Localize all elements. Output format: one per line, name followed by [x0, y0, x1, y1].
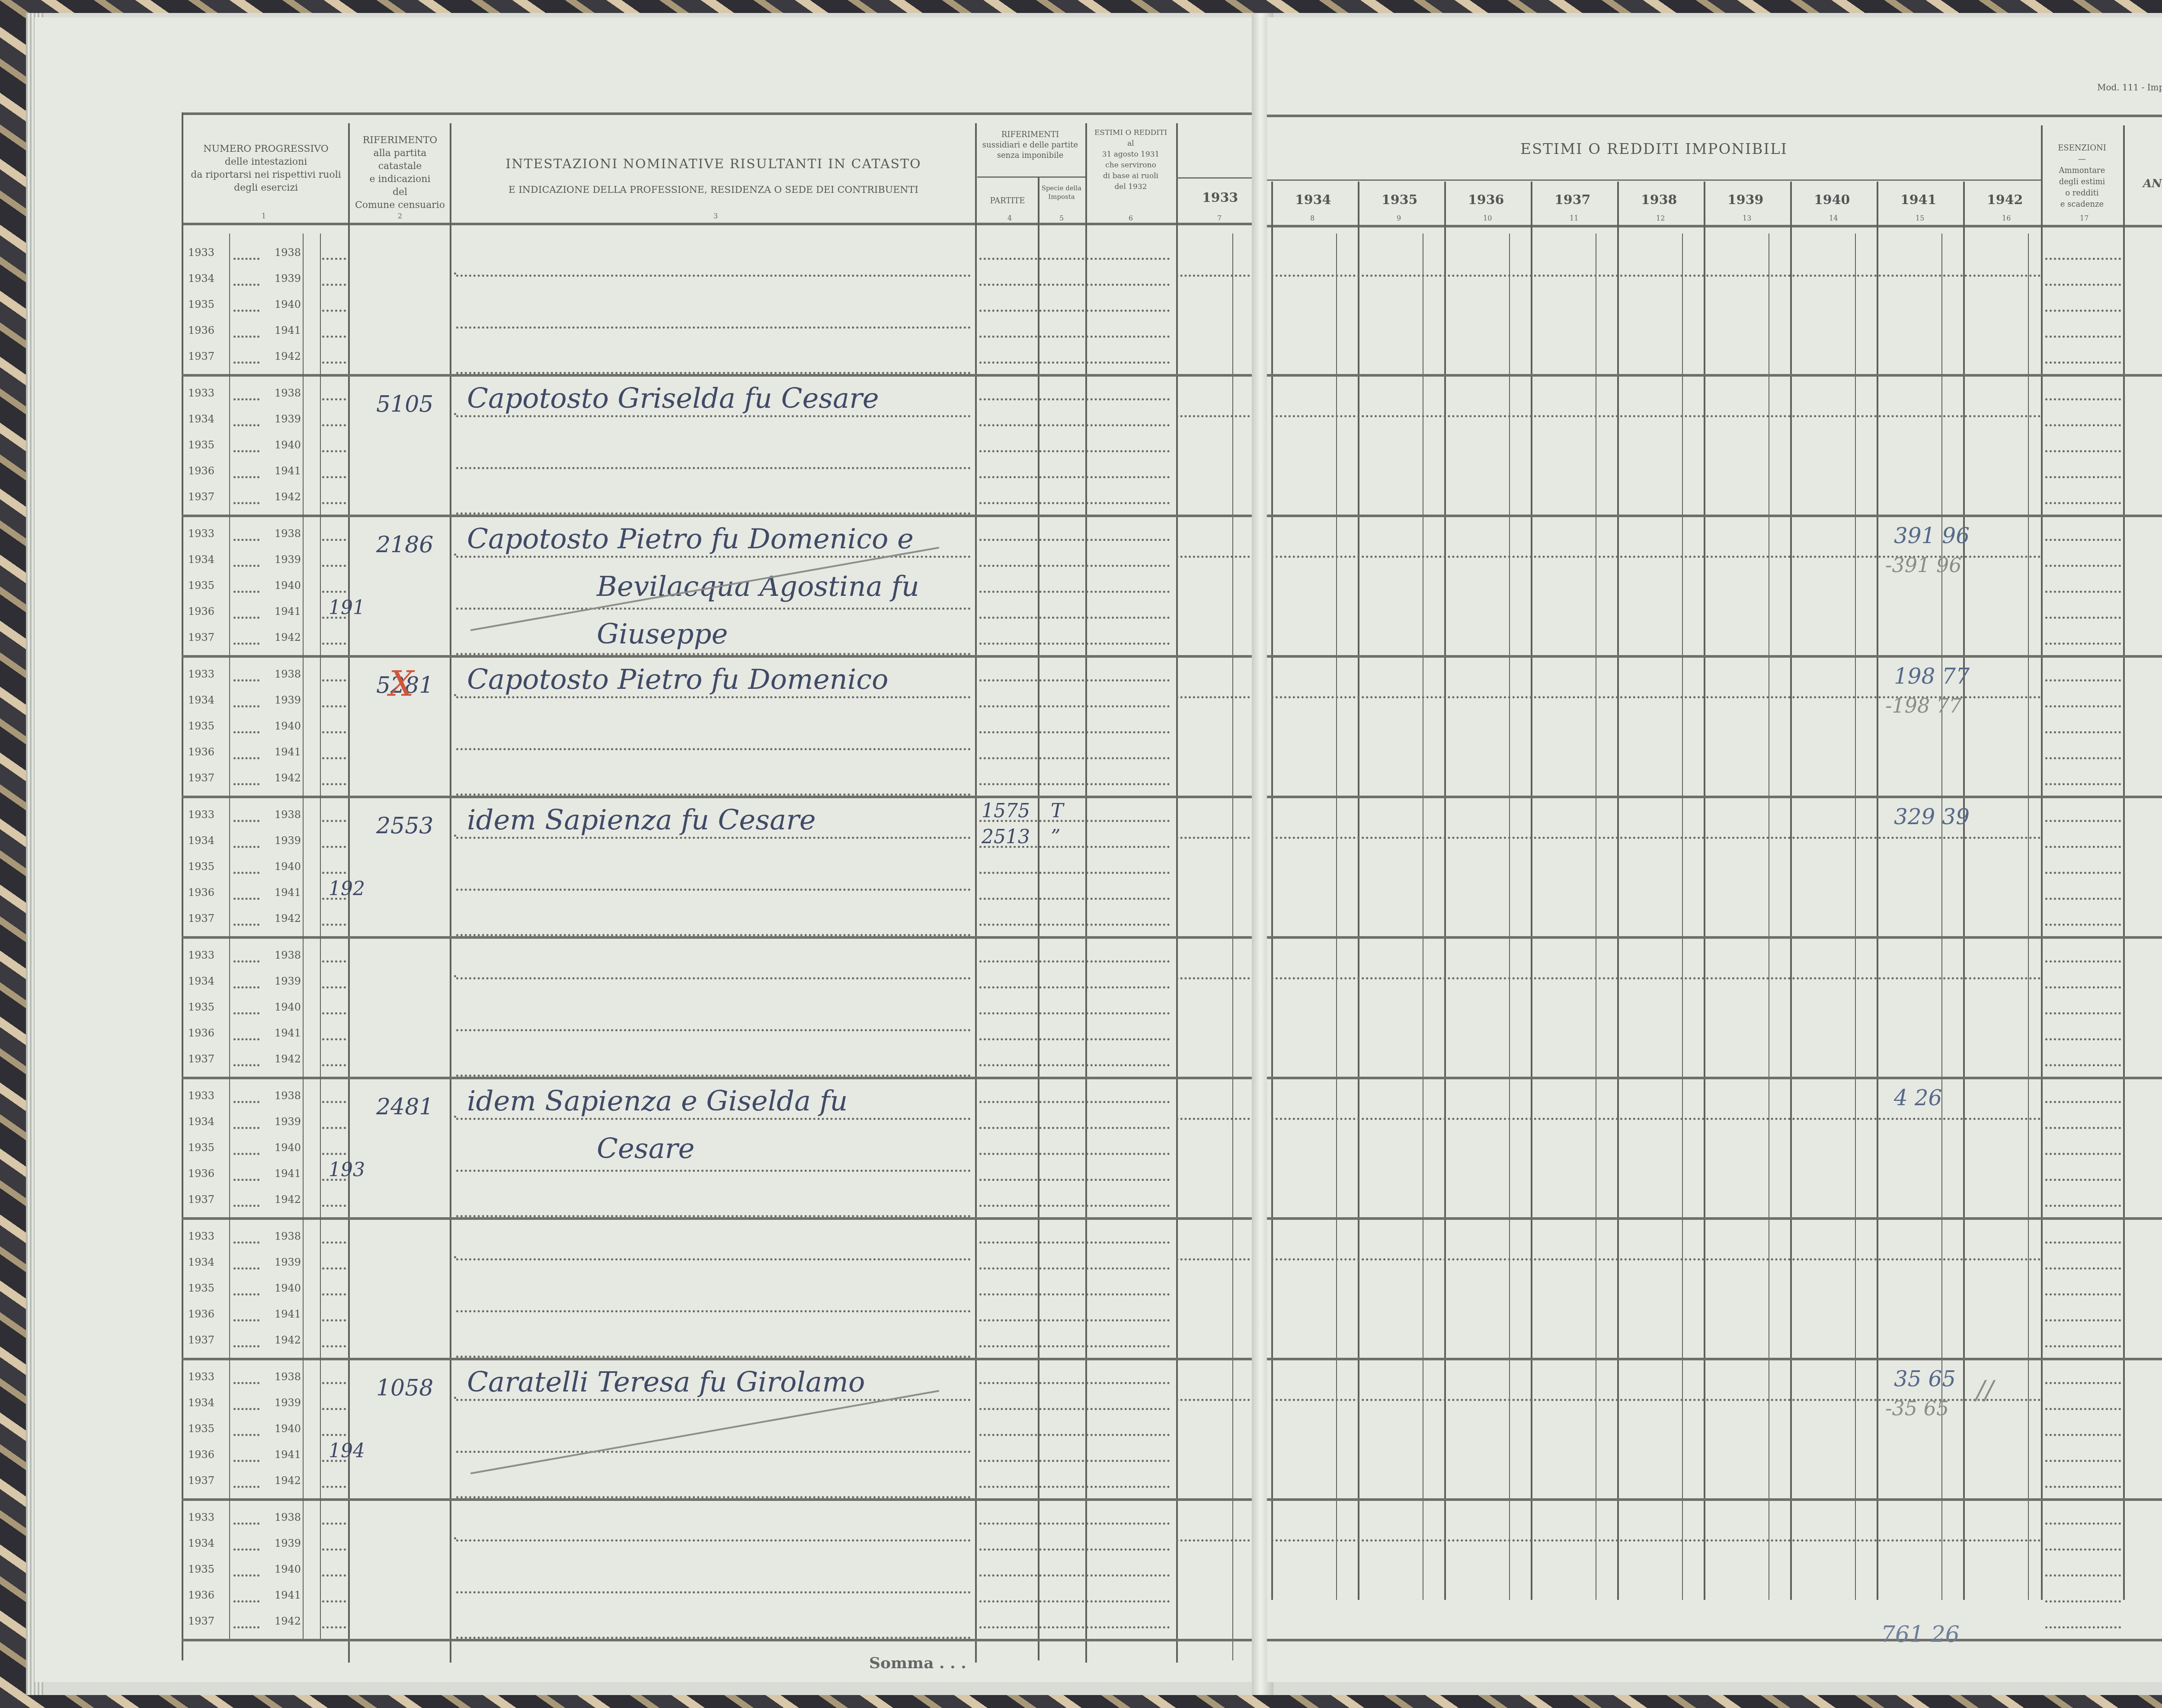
dotted-rule — [1176, 977, 1254, 979]
cents-divider — [1509, 233, 1510, 1600]
dotted-rule — [2045, 898, 2121, 900]
dotted-rule — [1176, 1258, 1254, 1260]
dotted-rule — [2045, 424, 2121, 426]
year-col-divider — [1877, 182, 1878, 1600]
dotted-rule — [979, 502, 1170, 504]
row-year-left: 1933 — [188, 1511, 214, 1523]
dotted-rule — [979, 1574, 1170, 1577]
col2-header: RIFERIMENTO alla partita catastale e ind… — [350, 134, 450, 212]
red-cancel-mark: X — [389, 664, 414, 704]
partita-number: 2186 — [376, 532, 433, 558]
row-year-left: 1937 — [188, 912, 214, 924]
row-year-left: 1937 — [188, 350, 214, 362]
cents-divider — [1336, 233, 1337, 1600]
row-year-right: 1938 — [275, 668, 301, 680]
year-subcol-divider — [229, 1498, 230, 1639]
dotted-rule — [322, 1345, 346, 1347]
dotted-rule — [2045, 1434, 2121, 1436]
dotted-rule — [322, 1241, 346, 1244]
estimi-subrule — [1267, 179, 2041, 181]
cents-divider — [1855, 233, 1856, 1600]
dotted-rule — [322, 1205, 346, 1207]
row-year-left: 1935 — [188, 1423, 214, 1435]
col6-col7-divider — [1176, 123, 1178, 1663]
dotted-rule — [2045, 591, 2121, 593]
row-year-right: 1939 — [275, 975, 301, 987]
left-border — [182, 112, 183, 1660]
value-1941: 35 65 — [1894, 1366, 1956, 1391]
col2-line: del — [350, 186, 450, 199]
dotted-rule — [2045, 310, 2121, 312]
dotted-rule — [979, 450, 1170, 452]
dotted-rule — [322, 476, 346, 478]
dotted-rule — [979, 757, 1170, 759]
year-subcol-divider — [320, 796, 321, 936]
row-year-right: 1938 — [275, 949, 301, 961]
dotted-rule — [233, 1574, 259, 1577]
dotted-rule — [2045, 1600, 2121, 1602]
year-subcol-divider — [303, 374, 304, 515]
row-year-right: 1938 — [275, 1090, 301, 1102]
year-subcol-divider — [229, 1217, 230, 1358]
dotted-rule — [1176, 837, 1254, 839]
dotted-rule — [322, 643, 346, 645]
row-year-right: 1939 — [275, 835, 301, 847]
dotted-rule — [2045, 539, 2121, 541]
dotted-rule — [233, 336, 259, 338]
entry-separator — [1267, 1498, 2162, 1501]
row-year-right: 1939 — [275, 694, 301, 706]
partita-number: 2553 — [376, 813, 433, 839]
dotted-rule — [233, 705, 259, 707]
dotted-rule — [322, 1486, 346, 1488]
row-year-right: 1941 — [275, 746, 301, 758]
col6-header: ESTIMI O REDDITI al 31 agosto 1931 che s… — [1087, 128, 1174, 192]
row-year-left: 1934 — [188, 553, 214, 566]
dotted-rule — [979, 361, 1170, 364]
row-year-left: 1934 — [188, 694, 214, 706]
dotted-rule — [322, 986, 346, 988]
dotted-rule — [2045, 565, 2121, 567]
cents-divider — [1941, 233, 1942, 1600]
col6-line: ESTIMI O REDDITI — [1087, 128, 1174, 138]
row-year-left: 1937 — [188, 1193, 214, 1206]
row-year-right: 1942 — [275, 491, 301, 503]
row-year-right: 1940 — [275, 860, 301, 873]
col1-title: NUMERO PROGRESSIVO — [184, 143, 348, 156]
value-1941-pencil-correction: -35 65 — [1885, 1397, 1949, 1420]
row-year-left: 1937 — [188, 1053, 214, 1065]
entry-separator — [1267, 1639, 2162, 1641]
esenzioni-dash: — — [2043, 154, 2121, 165]
dotted-rule — [322, 539, 346, 541]
dotted-rule — [979, 539, 1170, 541]
row-year-right: 1939 — [275, 1116, 301, 1128]
dotted-rule — [2045, 1345, 2121, 1347]
name-rule — [456, 793, 971, 796]
row-year-left: 1936 — [188, 886, 214, 899]
dotted-rule — [322, 1548, 346, 1551]
header-bottom-rule-right — [1267, 225, 2162, 227]
row-year-right: 1942 — [275, 912, 301, 924]
dotted-rule — [322, 1522, 346, 1525]
dotted-rule — [322, 820, 346, 822]
row-year-left: 1934 — [188, 1116, 214, 1128]
dotted-rule — [322, 424, 346, 426]
dotted-rule — [979, 565, 1170, 567]
row-year-right: 1941 — [275, 1449, 301, 1461]
dotted-rule — [233, 960, 259, 963]
row-year-right: 1938 — [275, 809, 301, 821]
dotted-rule — [2045, 1205, 2121, 1207]
dotted-rule — [233, 424, 259, 426]
dotted-rule — [233, 1460, 259, 1462]
dotted-rule — [322, 1127, 346, 1129]
row-year-left: 1933 — [188, 809, 214, 821]
intestazione-name: idem Sapienza e Giselda fu — [467, 1085, 848, 1117]
year-subcol-divider — [303, 233, 304, 374]
name-rule — [456, 696, 971, 698]
row-year-right: 1941 — [275, 324, 301, 336]
entry-separator — [182, 374, 1258, 377]
dotted-rule — [322, 705, 346, 707]
row-year-right: 1942 — [275, 1475, 301, 1487]
dotted-rule — [322, 1382, 346, 1384]
name-rule — [456, 1451, 971, 1453]
total-label: Somma . . . — [869, 1654, 966, 1672]
year-header-1941: 1941 — [1900, 192, 1937, 208]
intestazione-name: Capotosto Pietro fu Domenico e — [467, 523, 914, 555]
row-year-right: 1942 — [275, 350, 301, 362]
value-rule — [1271, 1258, 2041, 1260]
row-year-left: 1933 — [188, 528, 214, 540]
row-year-left: 1934 — [188, 1397, 214, 1409]
dotted-rule — [979, 1127, 1170, 1129]
dotted-rule — [2045, 643, 2121, 645]
row-year-right: 1941 — [275, 465, 301, 477]
col5-col6-divider — [1085, 123, 1087, 1663]
year-subcol-divider — [320, 1498, 321, 1639]
year-header-1936: 1936 — [1468, 192, 1504, 208]
dotted-rule — [2045, 757, 2121, 759]
dotted-rule — [979, 1293, 1170, 1295]
year-col-number: 9 — [1397, 214, 1401, 222]
col3-number: 3 — [713, 212, 718, 220]
year-subcol-divider — [320, 233, 321, 374]
dotted-rule — [233, 1486, 259, 1488]
year-header-1934: 1934 — [1295, 192, 1331, 208]
row-year-right: 1940 — [275, 1563, 301, 1575]
dotted-rule — [322, 1434, 346, 1436]
dotted-rule — [979, 1267, 1170, 1270]
row-year-right: 1938 — [275, 387, 301, 399]
dotted-rule — [322, 258, 346, 260]
dotted-rule — [322, 1153, 346, 1155]
dotted-rule — [2045, 1319, 2121, 1321]
intestazione-name: Cesare — [597, 1133, 694, 1165]
ruolo-number: 193 — [329, 1159, 365, 1181]
entry-separator — [1267, 1077, 2162, 1079]
dotted-rule — [979, 336, 1170, 338]
entry-separator — [182, 936, 1258, 939]
annotazioni-title: ANNOTAZIONI — [2125, 177, 2162, 190]
dotted-rule — [979, 783, 1170, 785]
col45-title: RIFERIMENTI — [977, 130, 1083, 140]
dotted-rule — [979, 1101, 1170, 1103]
row-year-right: 1941 — [275, 1027, 301, 1039]
row-year-left: 1934 — [188, 272, 214, 285]
partita-number: 1058 — [376, 1375, 433, 1401]
dotted-rule — [322, 1319, 346, 1321]
ruolo-number: 194 — [329, 1440, 365, 1462]
col2-col3-divider — [450, 123, 451, 1663]
intestazione-name: Capotosto Pietro fu Domenico — [467, 664, 889, 696]
name-rule — [456, 1496, 971, 1498]
ruolo-number: 191 — [329, 597, 365, 619]
row-year-right: 1938 — [275, 528, 301, 540]
dotted-rule — [1176, 1539, 1254, 1542]
col6-line: che servirono — [1087, 160, 1174, 171]
row-year-left: 1936 — [188, 324, 214, 336]
value-rule — [1271, 837, 2041, 839]
dotted-rule — [979, 1064, 1170, 1066]
row-year-left: 1934 — [188, 1537, 214, 1549]
col5-number: 5 — [1059, 214, 1064, 222]
year-header-1942: 1942 — [1987, 192, 2023, 208]
dotted-rule — [2045, 731, 2121, 733]
year-header-1939: 1939 — [1727, 192, 1764, 208]
entry-separator — [182, 796, 1258, 798]
col4-number: 4 — [1007, 214, 1012, 222]
row-year-left: 1933 — [188, 387, 214, 399]
dotted-rule — [2045, 1153, 2121, 1155]
dotted-rule — [233, 731, 259, 733]
dotted-rule — [1176, 556, 1254, 558]
row-year-right: 1941 — [275, 1589, 301, 1601]
dotted-rule — [233, 476, 259, 478]
row-year-left: 1934 — [188, 1256, 214, 1268]
year-col-divider — [1271, 182, 1273, 1600]
row-year-right: 1941 — [275, 1167, 301, 1180]
col4-partite-label: PARTITE — [977, 195, 1038, 208]
dotted-rule — [1176, 696, 1254, 698]
cancel-mark-1942: // — [1976, 1375, 1993, 1405]
name-rule — [456, 1356, 971, 1358]
col7-subrule — [1176, 177, 1258, 179]
row-year-right: 1942 — [275, 1334, 301, 1346]
name-rule — [456, 1258, 971, 1260]
ruolo-number: 192 — [329, 878, 365, 900]
dotted-rule — [2045, 960, 2121, 963]
dotted-rule — [233, 398, 259, 400]
value-1941: 4 26 — [1894, 1085, 1942, 1110]
dotted-rule — [233, 783, 259, 785]
dotted-rule — [2045, 1241, 2121, 1244]
rif-specie: ” — [1051, 826, 1061, 848]
total-1941-value: 761 26 — [1881, 1622, 1960, 1647]
dotted-rule — [233, 565, 259, 567]
value-1941: 391 96 — [1894, 523, 1970, 548]
esenzioni-divider — [2041, 125, 2043, 1600]
dotted-rule — [2045, 617, 2121, 619]
form-id: Mod. 111 - Imposte Dirette (Intercalare)… — [2097, 82, 2162, 93]
entry-separator — [1267, 796, 2162, 798]
left-page: NUMERO PROGRESSIVO delle intestazioni da… — [35, 17, 1258, 1682]
dotted-rule — [233, 1382, 259, 1384]
dotted-rule — [2045, 258, 2121, 260]
col3-col4-divider — [975, 123, 977, 1663]
dotted-rule — [233, 284, 259, 286]
col45-line: sussidiari e delle partite — [977, 140, 1083, 150]
name-rule — [456, 1539, 971, 1542]
col6-number: 6 — [1129, 214, 1133, 222]
dotted-rule — [979, 1460, 1170, 1462]
dotted-rule — [233, 1345, 259, 1347]
year-header-1940: 1940 — [1814, 192, 1850, 208]
row-year-right: 1941 — [275, 605, 301, 617]
esenzioni-title: ESENZIONI — [2043, 143, 2121, 154]
rif-specie: T — [1051, 800, 1063, 822]
row-year-left: 1933 — [188, 1230, 214, 1242]
dotted-rule — [979, 643, 1170, 645]
dotted-rule — [979, 1434, 1170, 1436]
name-rule — [456, 467, 971, 469]
row-year-right: 1939 — [275, 1256, 301, 1268]
year-subcol-divider — [229, 1358, 230, 1498]
entry-separator — [1267, 374, 2162, 377]
dotted-rule — [322, 284, 346, 286]
dotted-rule — [979, 986, 1170, 988]
row-year-right: 1939 — [275, 413, 301, 425]
entry-separator — [182, 655, 1258, 658]
row-year-right: 1938 — [275, 1371, 301, 1383]
dotted-rule — [2045, 783, 2121, 785]
year-subcol-divider — [303, 1358, 304, 1498]
dotted-rule — [322, 1064, 346, 1066]
row-year-right: 1939 — [275, 1397, 301, 1409]
value-rule — [1271, 1539, 2041, 1542]
dotted-rule — [322, 1408, 346, 1410]
dotted-rule — [233, 1241, 259, 1244]
year-subcol-divider — [303, 515, 304, 655]
dotted-rule — [2045, 1127, 2121, 1129]
row-year-left: 1935 — [188, 1001, 214, 1013]
row-year-right: 1939 — [275, 553, 301, 566]
dotted-rule — [979, 617, 1170, 619]
dotted-rule — [979, 705, 1170, 707]
dotted-rule — [979, 476, 1170, 478]
col7-cents-divider — [1232, 233, 1233, 1660]
entry-separator — [182, 1358, 1258, 1360]
dotted-rule — [979, 1319, 1170, 1321]
name-rule — [456, 934, 971, 936]
row-year-left: 1936 — [188, 465, 214, 477]
name-rule — [456, 653, 971, 655]
name-rule — [456, 748, 971, 750]
value-1941-pencil-correction: -391 96 — [1885, 553, 1962, 577]
year-col-divider — [1963, 182, 1965, 1600]
cents-divider — [1769, 233, 1769, 1600]
dotted-rule — [233, 1293, 259, 1295]
name-rule — [456, 1637, 971, 1639]
year-col-divider — [1790, 182, 1792, 1600]
dotted-rule — [2045, 1012, 2121, 1014]
dotted-rule — [233, 1408, 259, 1410]
row-year-left: 1934 — [188, 975, 214, 987]
row-year-left: 1933 — [188, 1371, 214, 1383]
name-rule — [456, 1170, 971, 1172]
row-year-right: 1942 — [275, 1615, 301, 1627]
dotted-rule — [322, 846, 346, 848]
year-subcol-divider — [229, 796, 230, 936]
value-1941: 329 39 — [1894, 804, 1970, 829]
dotted-rule — [322, 924, 346, 926]
row-year-left: 1934 — [188, 413, 214, 425]
dotted-rule — [979, 1205, 1170, 1207]
row-year-left: 1937 — [188, 631, 214, 643]
row-year-left: 1935 — [188, 439, 214, 451]
year-header-1938: 1938 — [1641, 192, 1677, 208]
col6-line: 31 agosto 1931 — [1087, 149, 1174, 160]
dotted-rule — [2045, 1460, 2121, 1462]
dotted-rule — [322, 1574, 346, 1577]
partita-number: 5105 — [376, 391, 433, 417]
rif-partita: 1575 — [982, 800, 1030, 822]
dotted-rule — [2045, 1267, 2121, 1270]
col45-subrule — [977, 176, 1085, 178]
dotted-rule — [233, 757, 259, 759]
year-subcol-divider — [229, 655, 230, 796]
row-year-right: 1942 — [275, 772, 301, 784]
dotted-rule — [2045, 1548, 2121, 1551]
dotted-rule — [979, 1600, 1170, 1602]
year-subcol-divider — [303, 1498, 304, 1639]
name-rule — [456, 512, 971, 515]
year-col-divider — [1704, 182, 1705, 1600]
dotted-rule — [233, 310, 259, 312]
year-col-number: 14 — [1829, 214, 1838, 222]
dotted-rule — [233, 1267, 259, 1270]
dotted-rule — [979, 731, 1170, 733]
row-year-left: 1936 — [188, 1449, 214, 1461]
cents-divider — [1423, 233, 1423, 1600]
row-year-right: 1942 — [275, 1053, 301, 1065]
col45-header: RIFERIMENTI sussidiari e delle partite s… — [977, 130, 1083, 161]
col1-line: degli esercizi — [184, 182, 348, 195]
name-rule — [456, 326, 971, 329]
header-top-rule-right — [1267, 115, 2162, 117]
dotted-rule — [233, 1319, 259, 1321]
dotted-rule — [979, 924, 1170, 926]
dotted-rule — [2045, 336, 2121, 338]
dotted-rule — [322, 1038, 346, 1040]
cents-divider — [1596, 233, 1596, 1600]
dotted-rule — [233, 1101, 259, 1103]
row-year-right: 1940 — [275, 1001, 301, 1013]
dotted-rule — [322, 361, 346, 364]
dotted-rule — [2045, 284, 2121, 286]
esenzioni-header: ESENZIONI — Ammontare degli estimi o red… — [2043, 143, 2121, 210]
dotted-rule — [1176, 1118, 1254, 1120]
row-year-right: 1940 — [275, 720, 301, 732]
year-col-divider — [1531, 182, 1532, 1600]
year-header-1935: 1935 — [1382, 192, 1418, 208]
dotted-rule — [322, 731, 346, 733]
row-year-right: 1940 — [275, 439, 301, 451]
dotted-rule — [233, 591, 259, 593]
row-year-right: 1942 — [275, 631, 301, 643]
esenzioni-line: Ammontare — [2043, 165, 2121, 176]
